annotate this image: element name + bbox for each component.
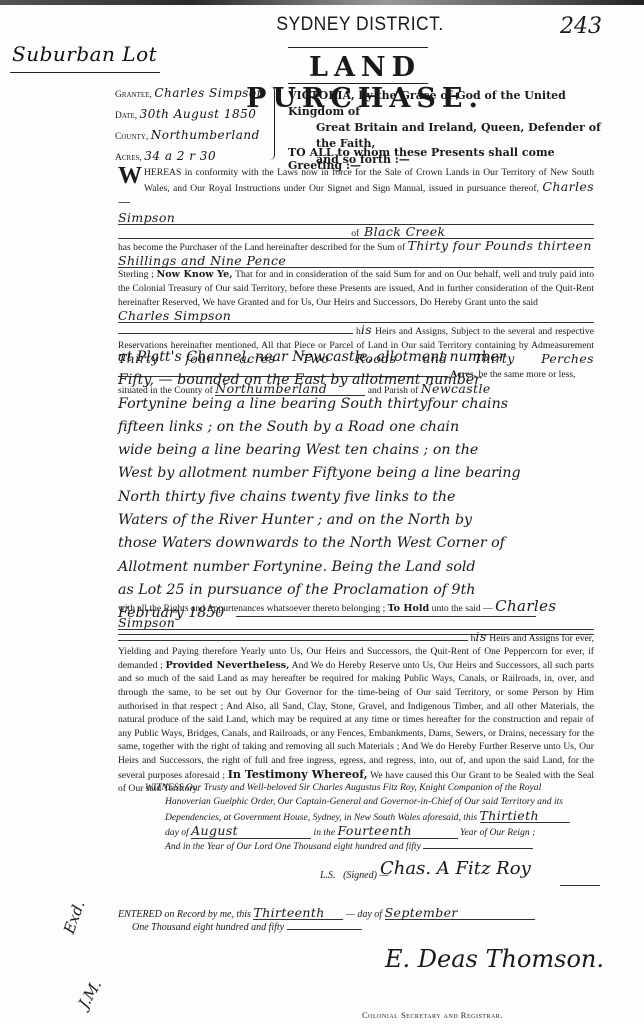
margin-note-examined: Exd.	[60, 898, 88, 936]
governor-signature: Chas. A Fitz Roy	[380, 858, 531, 879]
witness-line-2: Hanoverian Guelphic Order, Our Captain-G…	[145, 795, 595, 809]
reign-text: Year of Our Reign ;	[460, 827, 535, 838]
witness-clause: WITNESS Our Trusty and Well-beloved Sir …	[145, 781, 595, 854]
sum-part-1: Thirty four Pounds thirteen	[408, 238, 592, 253]
witness-line-5: And in the Year of Our Lord One Thousand…	[145, 840, 595, 854]
entry-year-text: One Thousand eight hundred and fifty	[132, 922, 284, 933]
residence-value: Black Creek	[364, 225, 594, 239]
witness-line-3-text: Dependencies, at Government House, Sydne…	[165, 812, 477, 823]
witness-line-1: WITNESS Our Trusty and Well-beloved Sir …	[145, 782, 541, 793]
description-line: Waters of the River Hunter ; and on the …	[118, 509, 594, 532]
his-hand: is	[361, 322, 372, 337]
entry-line-1: ENTERED on Record by me, this Thirteenth…	[118, 906, 598, 921]
witness-month-value: August	[191, 824, 311, 839]
witness-day-value: Thirtieth	[480, 809, 570, 824]
governor-signature-rule	[560, 885, 600, 886]
entry-line-2: One Thousand eight hundred and fifty	[118, 921, 598, 934]
habendum-clause: with all the Rights and Appurtenances wh…	[118, 600, 594, 796]
date-value: 30th August 1850	[140, 107, 257, 121]
drop-cap: W	[118, 166, 142, 186]
entry-year-rule	[287, 929, 362, 930]
summary-date: Date, 30th August 1850	[115, 105, 273, 126]
heirs-assigns: Heirs and Assigns	[489, 633, 559, 644]
ls-label: L.S.	[320, 870, 336, 881]
sterling-text: Sterling ;	[118, 269, 154, 280]
margin-note-initials: J.M.	[75, 977, 105, 1012]
description-line: fifteen links ; on the South by a Road o…	[118, 416, 594, 439]
folio-number: 243	[560, 14, 602, 39]
his-hand: is	[475, 629, 486, 644]
grantee-label: Grantee,	[115, 90, 152, 100]
description-line: Allotment number Fortynine. Being the La…	[118, 556, 594, 579]
of-label: of	[351, 228, 359, 239]
description-line: those Waters downwards to the North West…	[118, 532, 594, 555]
acres-label: Acres,	[115, 153, 142, 163]
grantee-line: Charles Simpson	[118, 309, 594, 323]
summary-brace	[270, 86, 275, 160]
rights-text: with all the Rights and Appurtenances wh…	[118, 603, 385, 614]
purchaser-text: has become the Purchaser of the Land her…	[118, 242, 405, 253]
witness-line-3: Dependencies, at Government House, Sydne…	[145, 809, 595, 825]
secretary-signature: E. Deas Thomson.	[385, 945, 604, 973]
entry-day-of: — day of	[346, 909, 382, 920]
district-heading: SYDNEY DISTRICT.	[240, 14, 479, 36]
holder-line: Simpson	[118, 616, 594, 630]
preamble-line-1: VICTORIA, by the Grace of God of the Uni…	[288, 89, 566, 118]
page-edge-shadow	[0, 0, 644, 5]
description-line: at Platt's Channel, near Newcastle, allo…	[118, 346, 594, 369]
grantee-value: Charles Simpson	[154, 86, 264, 100]
record-entry: ENTERED on Record by me, this Thirteenth…	[118, 906, 598, 934]
date-label: Date,	[115, 111, 137, 121]
witness-line-4: day of August in the Fourteenth Year of …	[145, 824, 595, 840]
sum-line: Shillings and Nine Pence	[118, 254, 594, 268]
now-know-ye: Now Know Ye,	[156, 269, 232, 280]
in-the-label: in the	[314, 827, 336, 838]
whereas-text: HEREAS in conformity with the Laws now i…	[144, 167, 594, 194]
summary-grantee: Grantee, Charles Simpson	[115, 84, 273, 105]
description-line: Fifty, — bounded on the East by allotmen…	[118, 369, 594, 392]
witness-line-5-text: And in the Year of Our Lord One Thousand…	[165, 841, 421, 852]
seal-label: L.S. (Signed) —	[320, 870, 388, 881]
heading-rule-bottom	[288, 83, 428, 84]
to-hold: To Hold	[388, 603, 430, 614]
entered-text: ENTERED on Record by me, this	[118, 909, 251, 920]
description-line: North thirty five chains twenty five lin…	[118, 486, 594, 509]
holder-blank-rule	[118, 640, 468, 641]
purchaser-last-name: Simpson	[118, 210, 175, 225]
secretary-title: Colonial Secretary and Registrar.	[362, 1010, 503, 1020]
residence-line: of Black Creek	[118, 225, 594, 239]
grantee-name: Charles Simpson	[118, 308, 231, 323]
blank-rule	[118, 333, 353, 334]
purchaser-line: Simpson	[118, 211, 594, 225]
provided-nevertheless: Provided Nevertheless,	[165, 660, 289, 671]
land-description: at Platt's Channel, near Newcastle, allo…	[118, 346, 594, 626]
reign-year-value: Fourteenth	[338, 824, 458, 839]
holder-last-name: Simpson	[118, 615, 175, 630]
acres-value: 34 a 2 r 30	[144, 149, 216, 163]
holder-first-name: Charles	[495, 597, 556, 615]
grant-summary-box: Grantee, Charles Simpson Date, 30th Augu…	[115, 84, 273, 168]
heading-rule-top	[288, 47, 428, 48]
county-label: County,	[115, 132, 148, 142]
description-line: wide being a line bearing West ten chain…	[118, 439, 594, 462]
summary-county: County, Northumberland	[115, 126, 273, 147]
entry-month-value: September	[385, 906, 535, 920]
description-line: West by allotment number Fiftyone being …	[118, 462, 594, 485]
day-of-label: day of	[165, 827, 189, 838]
sum-part-2: Shillings and Nine Pence	[118, 253, 286, 268]
unto-said: unto the said —	[432, 603, 493, 614]
county-value: Northumberland	[151, 128, 260, 142]
lot-underline	[10, 72, 160, 73]
year-rule	[423, 848, 533, 849]
in-testimony-whereof: In Testimony Whereof,	[228, 768, 368, 781]
lot-type-annotation: Suburban Lot	[12, 42, 162, 66]
reserve-text: And We do Hereby Reserve unto Us, Our He…	[118, 660, 594, 781]
description-line: Fortynine being a line bearing South thi…	[118, 393, 594, 416]
entry-day-value: Thirteenth	[253, 906, 343, 920]
